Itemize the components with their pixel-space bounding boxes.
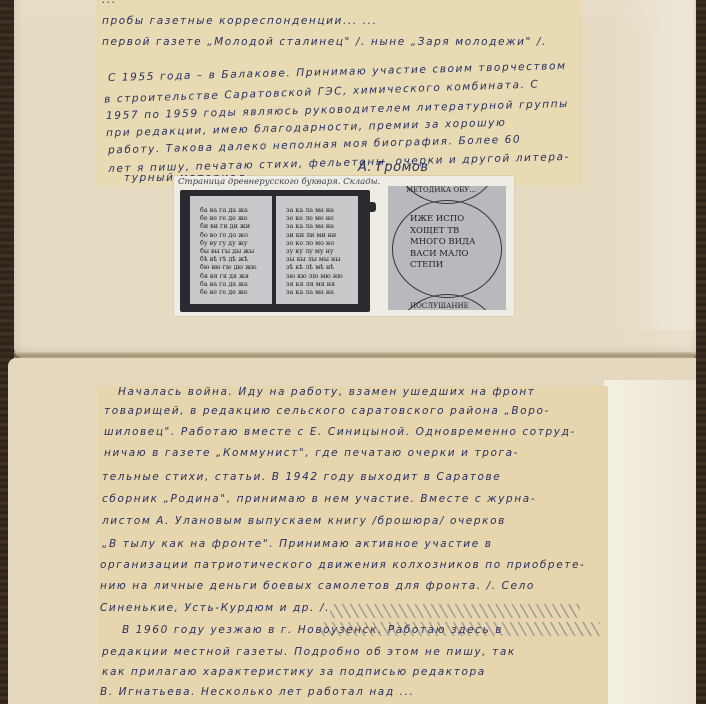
handwritten-line: организации патриотического движения кол… — [100, 559, 585, 571]
sheet-edge-highlight — [614, 0, 694, 330]
handwritten-line: как прилагаю характеристику за подписью … — [102, 666, 486, 678]
handwritten-line: редакции местной газеты. Подробно об это… — [102, 646, 516, 658]
clipping-caption: Страница древнерусского букваря. Склады. — [178, 177, 380, 187]
printed-clipping: Страница древнерусского букваря. Склады.… — [174, 176, 514, 316]
primer-left-page: ба ва га да жа бе ве ге де же би ви ги д… — [190, 196, 272, 304]
handwritten-line: Началась война. Иду на работу, взамен уш… — [118, 386, 536, 398]
primer-right-page: за ка ла ма на зе ке ле ме не за ка ла м… — [276, 196, 358, 304]
lower-handwritten-note: Началась война. Иду на работу, взамен уш… — [98, 386, 608, 704]
handwritten-line: В 1960 году уезжаю в г. Новоузенск. Рабо… — [122, 624, 503, 636]
handwritten-line: товарищей, в редакцию сельского саратовс… — [104, 405, 550, 417]
crossed-out-scribble — [330, 604, 580, 618]
handwritten-line: „В тылу как на фронте". Принимаю активно… — [102, 538, 493, 550]
handwritten-line: сборник „Родина", принимаю в нем участие… — [102, 493, 536, 505]
handwritten-line: шиловец". Работаю вместе с Е. Синицыной.… — [104, 426, 576, 438]
upper-handwritten-note: ... пробы газетные корреспонденции... ..… — [96, 0, 582, 186]
handwritten-line: пробы газетные корреспонденции... ... — [102, 15, 378, 27]
handwritten-line: тельные стихи, статьи. В 1942 году выход… — [102, 471, 501, 483]
handwritten-line: ... — [102, 0, 117, 6]
handwritten-line: первой газете „Молодой сталинец" /. ныне… — [102, 36, 547, 48]
handwritten-line: листом А. Улановым выпускаем книгу /брош… — [102, 515, 506, 527]
signature: А. Громов — [358, 160, 429, 175]
handwritten-line: нию на личные деньги боевых самолетов дл… — [100, 580, 535, 592]
handwritten-line: Синенькие, Усть-Курдюм и др. /. — [100, 602, 330, 614]
manuscript-top-text: МЕТОДИКА ОБУ... — [406, 186, 476, 194]
manuscript-bottom-text: ПОСЛУШАНИЕ — [410, 302, 469, 310]
old-primer-book-photo: ба ва га да жа бе ве ге де же би ви ги д… — [180, 190, 370, 312]
manuscript-text: ИЖЕ ИСПО ХОЩЕТ ТВ МНОГО ВИДА ВАСИ МАЛО С… — [410, 214, 475, 272]
manuscript-detail-photo: МЕТОДИКА ОБУ... ИЖЕ ИСПО ХОЩЕТ ТВ МНОГО … — [388, 186, 506, 310]
handwritten-line: ничаю в газете „Коммунист", где печатаю … — [104, 447, 519, 459]
sheet-edge-highlight — [604, 380, 696, 704]
book-clasp-icon — [366, 202, 376, 212]
handwritten-line: В. Игнатьева. Несколько лет работал над … — [100, 686, 414, 698]
